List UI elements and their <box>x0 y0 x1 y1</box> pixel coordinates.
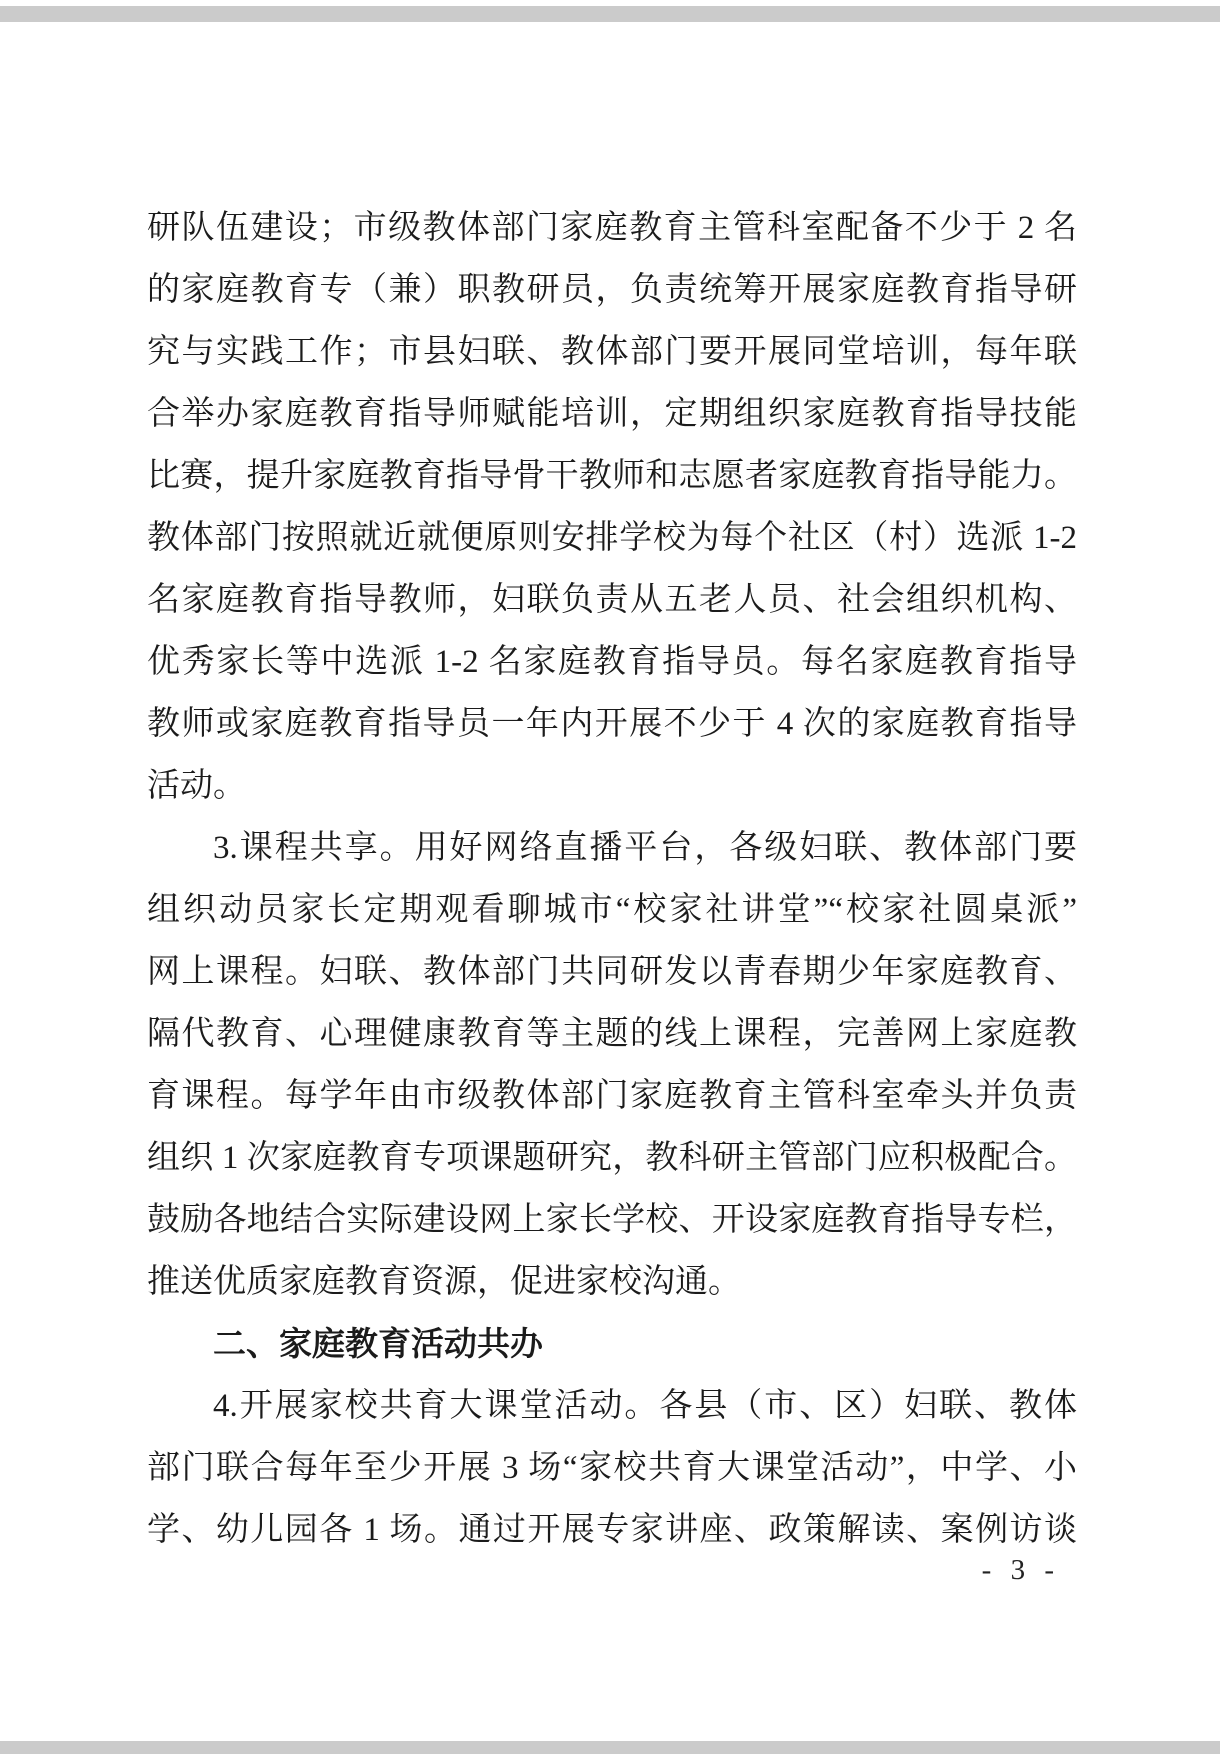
section-heading: 二、家庭教育活动共办 <box>147 1313 1077 1375</box>
text-line: 育课程。每学年由市级教体部门家庭教育主管科室牵头并负责 <box>147 1065 1077 1127</box>
text-line: 究与实践工作；市县妇联、教体部门要开展同堂培训，每年联 <box>147 321 1077 383</box>
text-line: 优秀家长等中选派 1-2 名家庭教育指导员。每名家庭教育指导 <box>147 631 1077 693</box>
document-body: 研队伍建设；市级教体部门家庭教育主管科室配备不少于 2 名的家庭教育专（兼）职教… <box>147 197 1077 1561</box>
text-line: 合举办家庭教育指导师赋能培训，定期组织家庭教育指导技能 <box>147 383 1077 445</box>
text-line: 网上课程。妇联、教体部门共同研发以青春期少年家庭教育、 <box>147 941 1077 1003</box>
text-line: 推送优质家庭教育资源，促进家校沟通。 <box>147 1251 1077 1313</box>
text-line: 学、幼儿园各 1 场。通过开展专家讲座、政策解读、案例访谈 <box>147 1499 1077 1561</box>
text-line: 隔代教育、心理健康教育等主题的线上课程，完善网上家庭教 <box>147 1003 1077 1065</box>
text-line: 部门联合每年至少开展 3 场“家校共育大课堂活动”，中学、小 <box>147 1437 1077 1499</box>
page-number: - 3 - <box>982 1550 1060 1590</box>
text-line: 4.开展家校共育大课堂活动。各县（市、区）妇联、教体 <box>147 1375 1077 1437</box>
text-line: 鼓励各地结合实际建设网上家长学校、开设家庭教育指导专栏， <box>147 1189 1077 1251</box>
text-line: 3.课程共享。用好网络直播平台，各级妇联、教体部门要 <box>147 817 1077 879</box>
text-line: 教体部门按照就近就便原则安排学校为每个社区（村）选派 1-2 <box>147 507 1077 569</box>
text-line: 教师或家庭教育指导员一年内开展不少于 4 次的家庭教育指导 <box>147 693 1077 755</box>
text-line: 组织动员家长定期观看聊城市“校家社讲堂”“校家社圆桌派” <box>147 879 1077 941</box>
text-line: 组织 1 次家庭教育专项课题研究，教科研主管部门应积极配合。 <box>147 1127 1077 1189</box>
text-line: 研队伍建设；市级教体部门家庭教育主管科室配备不少于 2 名 <box>147 197 1077 259</box>
text-line: 比赛，提升家庭教育指导骨干教师和志愿者家庭教育指导能力。 <box>147 445 1077 507</box>
text-line: 名家庭教育指导教师，妇联负责从五老人员、社会组织机构、 <box>147 569 1077 631</box>
scan-edge-band-top <box>0 6 1220 22</box>
scan-edge-band-bottom <box>0 1741 1220 1754</box>
text-line: 的家庭教育专（兼）职教研员，负责统筹开展家庭教育指导研 <box>147 259 1077 321</box>
text-line: 活动。 <box>147 755 1077 817</box>
